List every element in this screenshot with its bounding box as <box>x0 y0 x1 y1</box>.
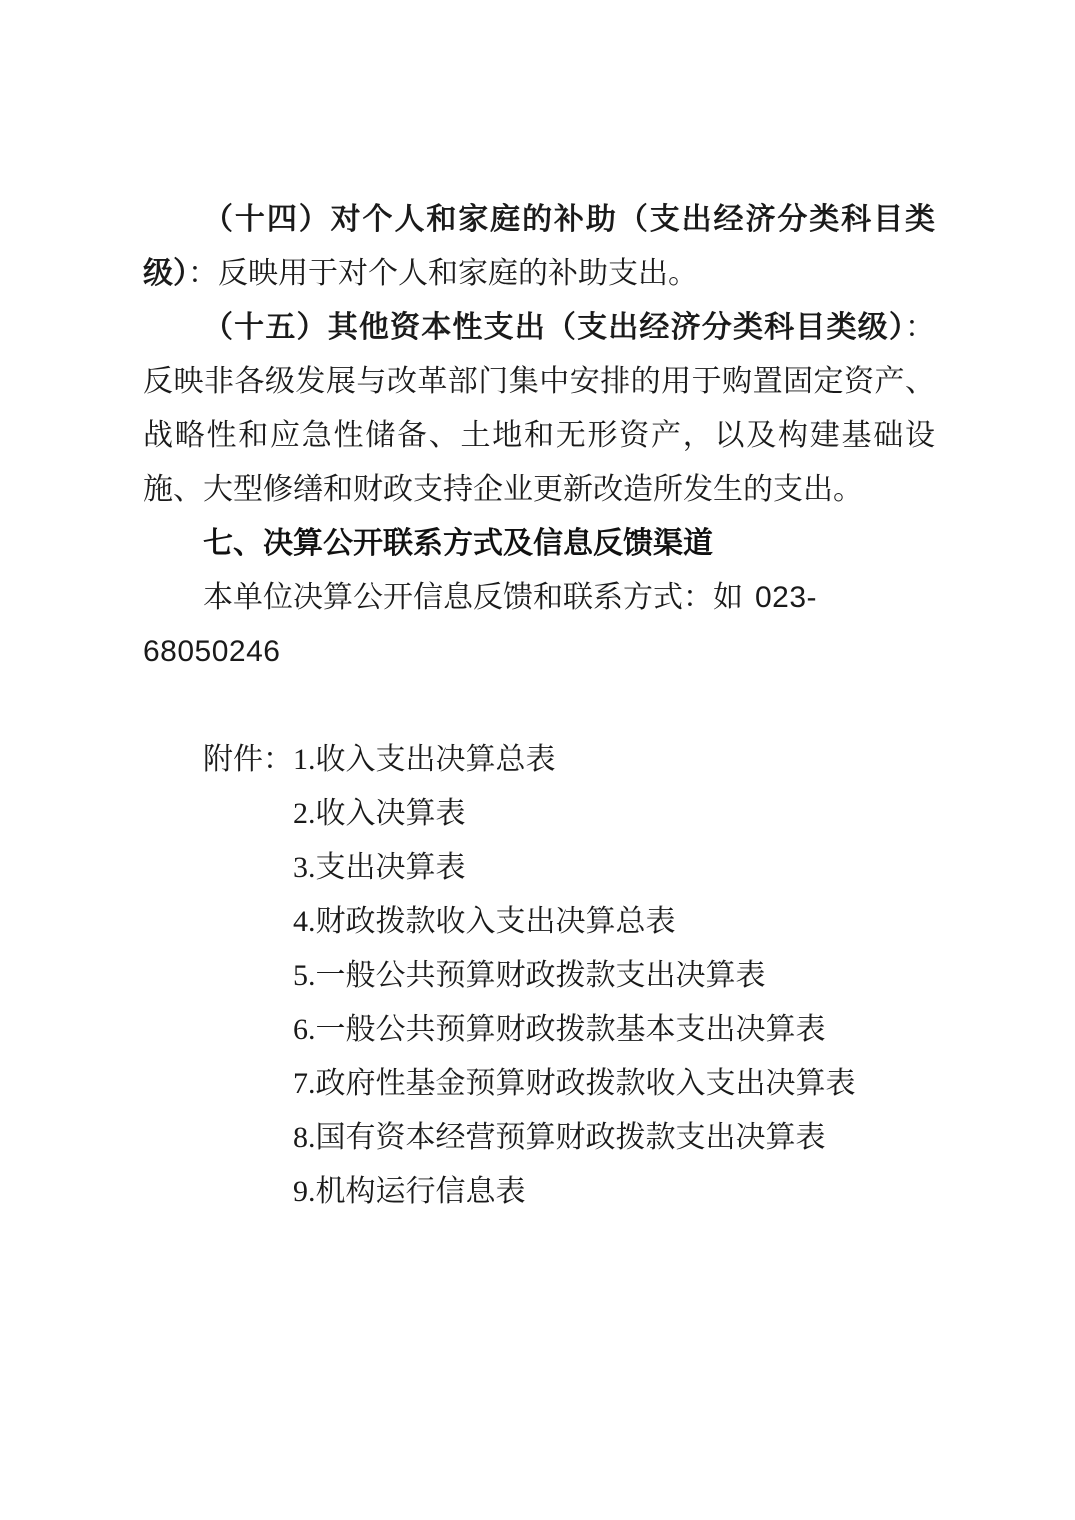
attachment-item-5: 5.一般公共预算财政拨款支出决算表 <box>293 949 935 1003</box>
paragraph-15-lead: （十五）其他资本性支出（支出经济分类科目类级） <box>203 311 905 344</box>
section-heading: 七、决算公开联系方式及信息反馈渠道 <box>143 517 935 571</box>
document-page: （十四）对个人和家庭的补助（支出经济分类科目类级）：反映用于对个人和家庭的补助支… <box>0 0 1075 1520</box>
attachment-item-9: 9.机构运行信息表 <box>293 1165 935 1219</box>
attachment-item-1: 1.收入支出决算总表 <box>293 733 935 787</box>
attachment-item-2: 2.收入决算表 <box>293 787 935 841</box>
contact-line: 本单位决算公开信息反馈和联系方式：如023-68050246 <box>143 571 935 679</box>
contact-text: 本单位决算公开信息反馈和联系方式：如 <box>203 581 743 614</box>
paragraph-item-15: （十五）其他资本性支出（支出经济分类科目类级）：反映非各级发展与改革部门集中安排… <box>143 301 935 517</box>
paragraph-14-body: ：反映用于对个人和家庭的补助支出。 <box>188 257 698 290</box>
paragraph-item-14: （十四）对个人和家庭的补助（支出经济分类科目类级）：反映用于对个人和家庭的补助支… <box>143 193 935 301</box>
attachment-item-8: 8.国有资本经营预算财政拨款支出决算表 <box>293 1111 935 1165</box>
attachments-label: 附件： <box>203 733 293 787</box>
attachment-item-7: 7.政府性基金预算财政拨款收入支出决算表 <box>293 1057 935 1111</box>
attachment-item-6: 6.一般公共预算财政拨款基本支出决算表 <box>293 1003 935 1057</box>
attachment-item-4: 4.财政拨款收入支出决算总表 <box>293 895 935 949</box>
attachment-item-3: 3.支出决算表 <box>293 841 935 895</box>
attachments-block: 附件： 1.收入支出决算总表 2.收入决算表 3.支出决算表 4.财政拨款收入支… <box>143 733 935 1219</box>
attachments-list: 1.收入支出决算总表 2.收入决算表 3.支出决算表 4.财政拨款收入支出决算总… <box>293 733 935 1219</box>
